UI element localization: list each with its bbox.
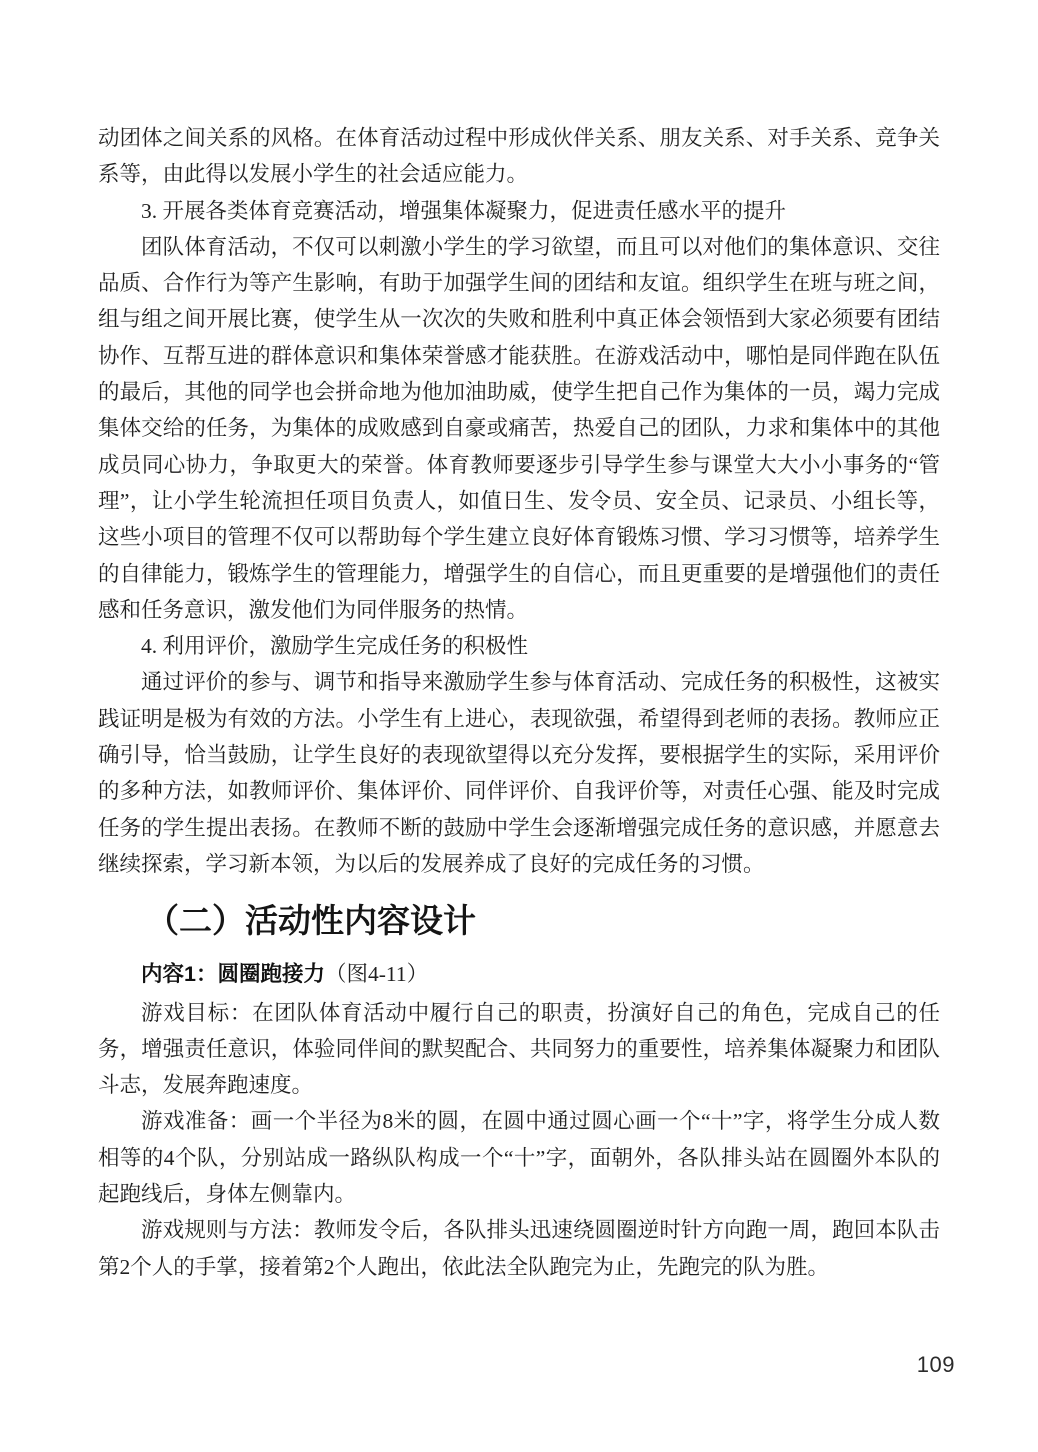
page-content: 动团体之间关系的风格。在体育活动过程中形成伙伴关系、朋友关系、对手关系、竞争关系… [98, 120, 940, 1285]
content1-heading-line: 内容1：圆圈跑接力（图4-11） [98, 956, 940, 992]
paragraph-game-preparation: 游戏准备：画一个半径为8米的圆，在圆中通过圆心画一个“十”字，将学生分成人数相等… [98, 1103, 940, 1212]
paragraph-evaluation: 通过评价的参与、调节和指导来激励学生参与体育活动、完成任务的积极性，这被实践证明… [98, 664, 940, 882]
paragraph-game-rules: 游戏规则与方法：教师发令后，各队排头迅速绕圆圈逆时针方向跑一周，跑回本队击第2个… [98, 1212, 940, 1285]
paragraph-continuation: 动团体之间关系的风格。在体育活动过程中形成伙伴关系、朋友关系、对手关系、竞争关系… [98, 120, 940, 193]
numbered-heading-3: 3. 开展各类体育竞赛活动，增强集体凝聚力，促进责任感水平的提升 [98, 193, 940, 229]
numbered-heading-4: 4. 利用评价，激励学生完成任务的积极性 [98, 628, 940, 664]
page-number: 109 [917, 1352, 955, 1378]
document-page: 动团体之间关系的风格。在体育活动过程中形成伙伴关系、朋友关系、对手关系、竞争关系… [0, 0, 1038, 1452]
section-heading-activity-design: （二）活动性内容设计 [98, 898, 940, 946]
content1-title: 内容1：圆圈跑接力 [141, 962, 325, 986]
content1-figure-reference: （图4-11） [325, 962, 428, 986]
paragraph-team-sports: 团队体育活动，不仅可以刺激小学生的学习欲望，而且可以对他们的集体意识、交往品质、… [98, 229, 940, 628]
paragraph-game-goal: 游戏目标：在团队体育活动中履行自己的职责，扮演好自己的角色，完成自己的任务，增强… [98, 995, 940, 1104]
